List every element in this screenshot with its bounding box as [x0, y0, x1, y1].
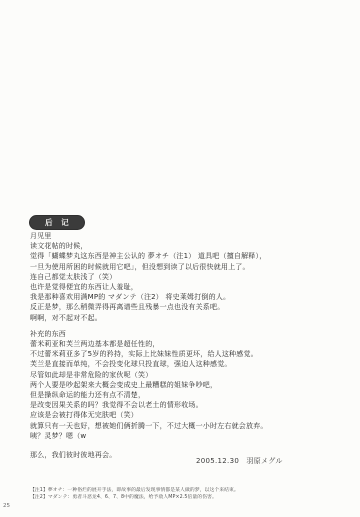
page-number: 25	[3, 503, 10, 509]
afterword-line: 芙兰是直接而单纯，不会投变化球只投直球，强迫人这种感觉。	[30, 359, 330, 369]
afterword-line: 蕾米莉亚和芙兰两边基本都是超任性的，	[30, 339, 330, 349]
section-title: 补充的东西	[30, 329, 330, 339]
footnotes: 【注1】夢オチ：一种俗烂的展开手法，即故事的最后发现事情都是某人做的梦，以这个来…	[30, 488, 239, 501]
afterword-line: 咦？灵梦？嗯（w	[30, 431, 330, 441]
afterword-line: 反正是梦，那么稍微弄得再离谱些且残暴一点也没有关系吧。	[30, 302, 330, 312]
afterword-text: 月见里 读文花帖的时候， 觉得「蝴蝶梦丸这东西是神主公认的 夢オチ（注1） 道具…	[30, 231, 330, 460]
afterword-line: 一旦为使用所困的时候就用它吧」，但没想到读了以后很快就用上了。	[30, 262, 330, 272]
footnote-line: 【注1】夢オチ：一种俗烂的展开手法，即故事的最后发现事情都是某人做的梦，以这个来…	[30, 488, 239, 495]
afterword-line: 啊啊，对不起对不起。	[30, 313, 330, 323]
afterword-page: 后 记 月见里 读文花帖的时候， 觉得「蝴蝶梦丸这东西是神主公认的 夢オチ（注1…	[0, 0, 360, 517]
date-signature: 2005.12.30 羽原メグル	[196, 456, 283, 466]
afterword-badge: 后 记	[30, 216, 84, 229]
afterword-line: 读文花帖的时候，	[30, 241, 330, 251]
afterword-line: 但是操纵命运的能力还有点不清楚，	[30, 390, 330, 400]
afterword-line: 月见里	[30, 231, 330, 241]
afterword-line: 连自己都觉太肤浅了（笑）	[30, 272, 330, 282]
afterword-line: 两个人要是吵起架来大概会变成史上最糟糕的姐妹争吵吧，	[30, 380, 330, 390]
closing-line: 那么，我们彼时彼地再会。	[30, 450, 330, 460]
afterword-line: 觉得「蝴蝶梦丸这东西是神主公认的 夢オチ（注1） 道具吧（擅自解释），	[30, 251, 330, 261]
footnote-line: 【注2】マダンテ：勇者斗恶龙4、6、7、8中的魔法，给予敌人MP×2.5倍量的伤…	[30, 495, 239, 502]
afterword-line: 我是那种喜欢用满MP的 マダンテ（注2） 将史莱姆打倒的人。	[30, 292, 330, 302]
afterword-line: 不过蕾米莉亚多了5岁的矜持，实际上比妹妹性质更坏，给人这种感觉。	[30, 349, 330, 359]
afterword-line: 是改变因果关系的吗？我觉得不会以老土的情形收场。	[30, 400, 330, 410]
afterword-line: 应该是会被打得体无完肤吧（笑）	[30, 410, 330, 420]
afterword-line: 就算只有一天也好，想被她们俩折腾一下，不过大概一小时左右就会放弃。	[30, 421, 330, 431]
afterword-line: 尽管如此却是非常危险的家伙呢（笑）	[30, 370, 330, 380]
afterword-line: 也许是觉得便宜的东西让人羞耻，	[30, 282, 330, 292]
